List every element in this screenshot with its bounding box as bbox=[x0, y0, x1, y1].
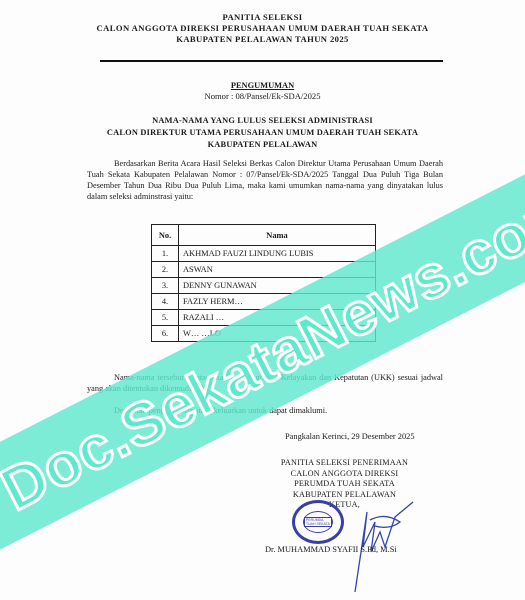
signature-line-1: PANITIA SELEKSI PENERIMAAN bbox=[262, 458, 427, 469]
subject-heading: NAMA-NAMA YANG LULUS SELEKSI ADMINISTRAS… bbox=[0, 115, 525, 151]
subject-line-3: KABUPATEN PELALAWAN bbox=[0, 139, 525, 151]
handwritten-signature-icon bbox=[325, 492, 415, 592]
subject-line-2: CALON DIREKTUR UTAMA PERUSAHAAN UMUM DAE… bbox=[0, 127, 525, 139]
letterhead-line-1: PANITIA SELEKSI bbox=[0, 12, 525, 23]
candidate-name: AKHMAD FAUZI LINDUNG LUBIS bbox=[179, 246, 376, 262]
row-number: 2. bbox=[152, 262, 179, 278]
row-number: 4. bbox=[152, 294, 179, 310]
letterhead: PANITIA SELEKSI CALON ANGGOTA DIREKSI PE… bbox=[0, 12, 525, 45]
subject-line-1: NAMA-NAMA YANG LULUS SELEKSI ADMINISTRAS… bbox=[0, 115, 525, 127]
signature-line-3: PERUMDA TUAH SEKATA bbox=[262, 479, 427, 490]
column-header-name: Nama bbox=[179, 225, 376, 246]
document-page: PANITIA SELEKSI CALON ANGGOTA DIREKSI PE… bbox=[0, 0, 525, 600]
signature-line-2: CALON ANGGOTA DIREKSI bbox=[262, 469, 427, 480]
letterhead-line-2: CALON ANGGOTA DIREKSI PERUSAHAAN UMUM DA… bbox=[0, 23, 525, 34]
intro-paragraph: Berdasarkan Berita Acara Hasil Seleksi B… bbox=[87, 158, 443, 202]
table-header-row: No. Nama bbox=[152, 225, 376, 246]
row-number: 5. bbox=[152, 310, 179, 326]
place-date: Pangkalan Kerinci, 29 Desember 2025 bbox=[285, 432, 415, 441]
announcement-number: Nomor : 08/Pansel/Ek-SDA/2025 bbox=[0, 91, 525, 102]
announcement-header: PENGUMUMAN Nomor : 08/Pansel/Ek-SDA/2025 bbox=[0, 80, 525, 102]
table-row: 1.AKHMAD FAUZI LINDUNG LUBIS bbox=[152, 246, 376, 262]
row-number: 3. bbox=[152, 278, 179, 294]
letterhead-divider bbox=[100, 60, 443, 62]
row-number: 6. bbox=[152, 326, 179, 342]
column-header-no: No. bbox=[152, 225, 179, 246]
signer-name: Dr. MUHAMMAD SYAFII S.Pd, M.Si bbox=[265, 545, 397, 554]
row-number: 1. bbox=[152, 246, 179, 262]
announcement-title: PENGUMUMAN bbox=[0, 80, 525, 91]
letterhead-line-3: KABUPATEN PELALAWAN TAHUN 2025 bbox=[0, 34, 525, 45]
